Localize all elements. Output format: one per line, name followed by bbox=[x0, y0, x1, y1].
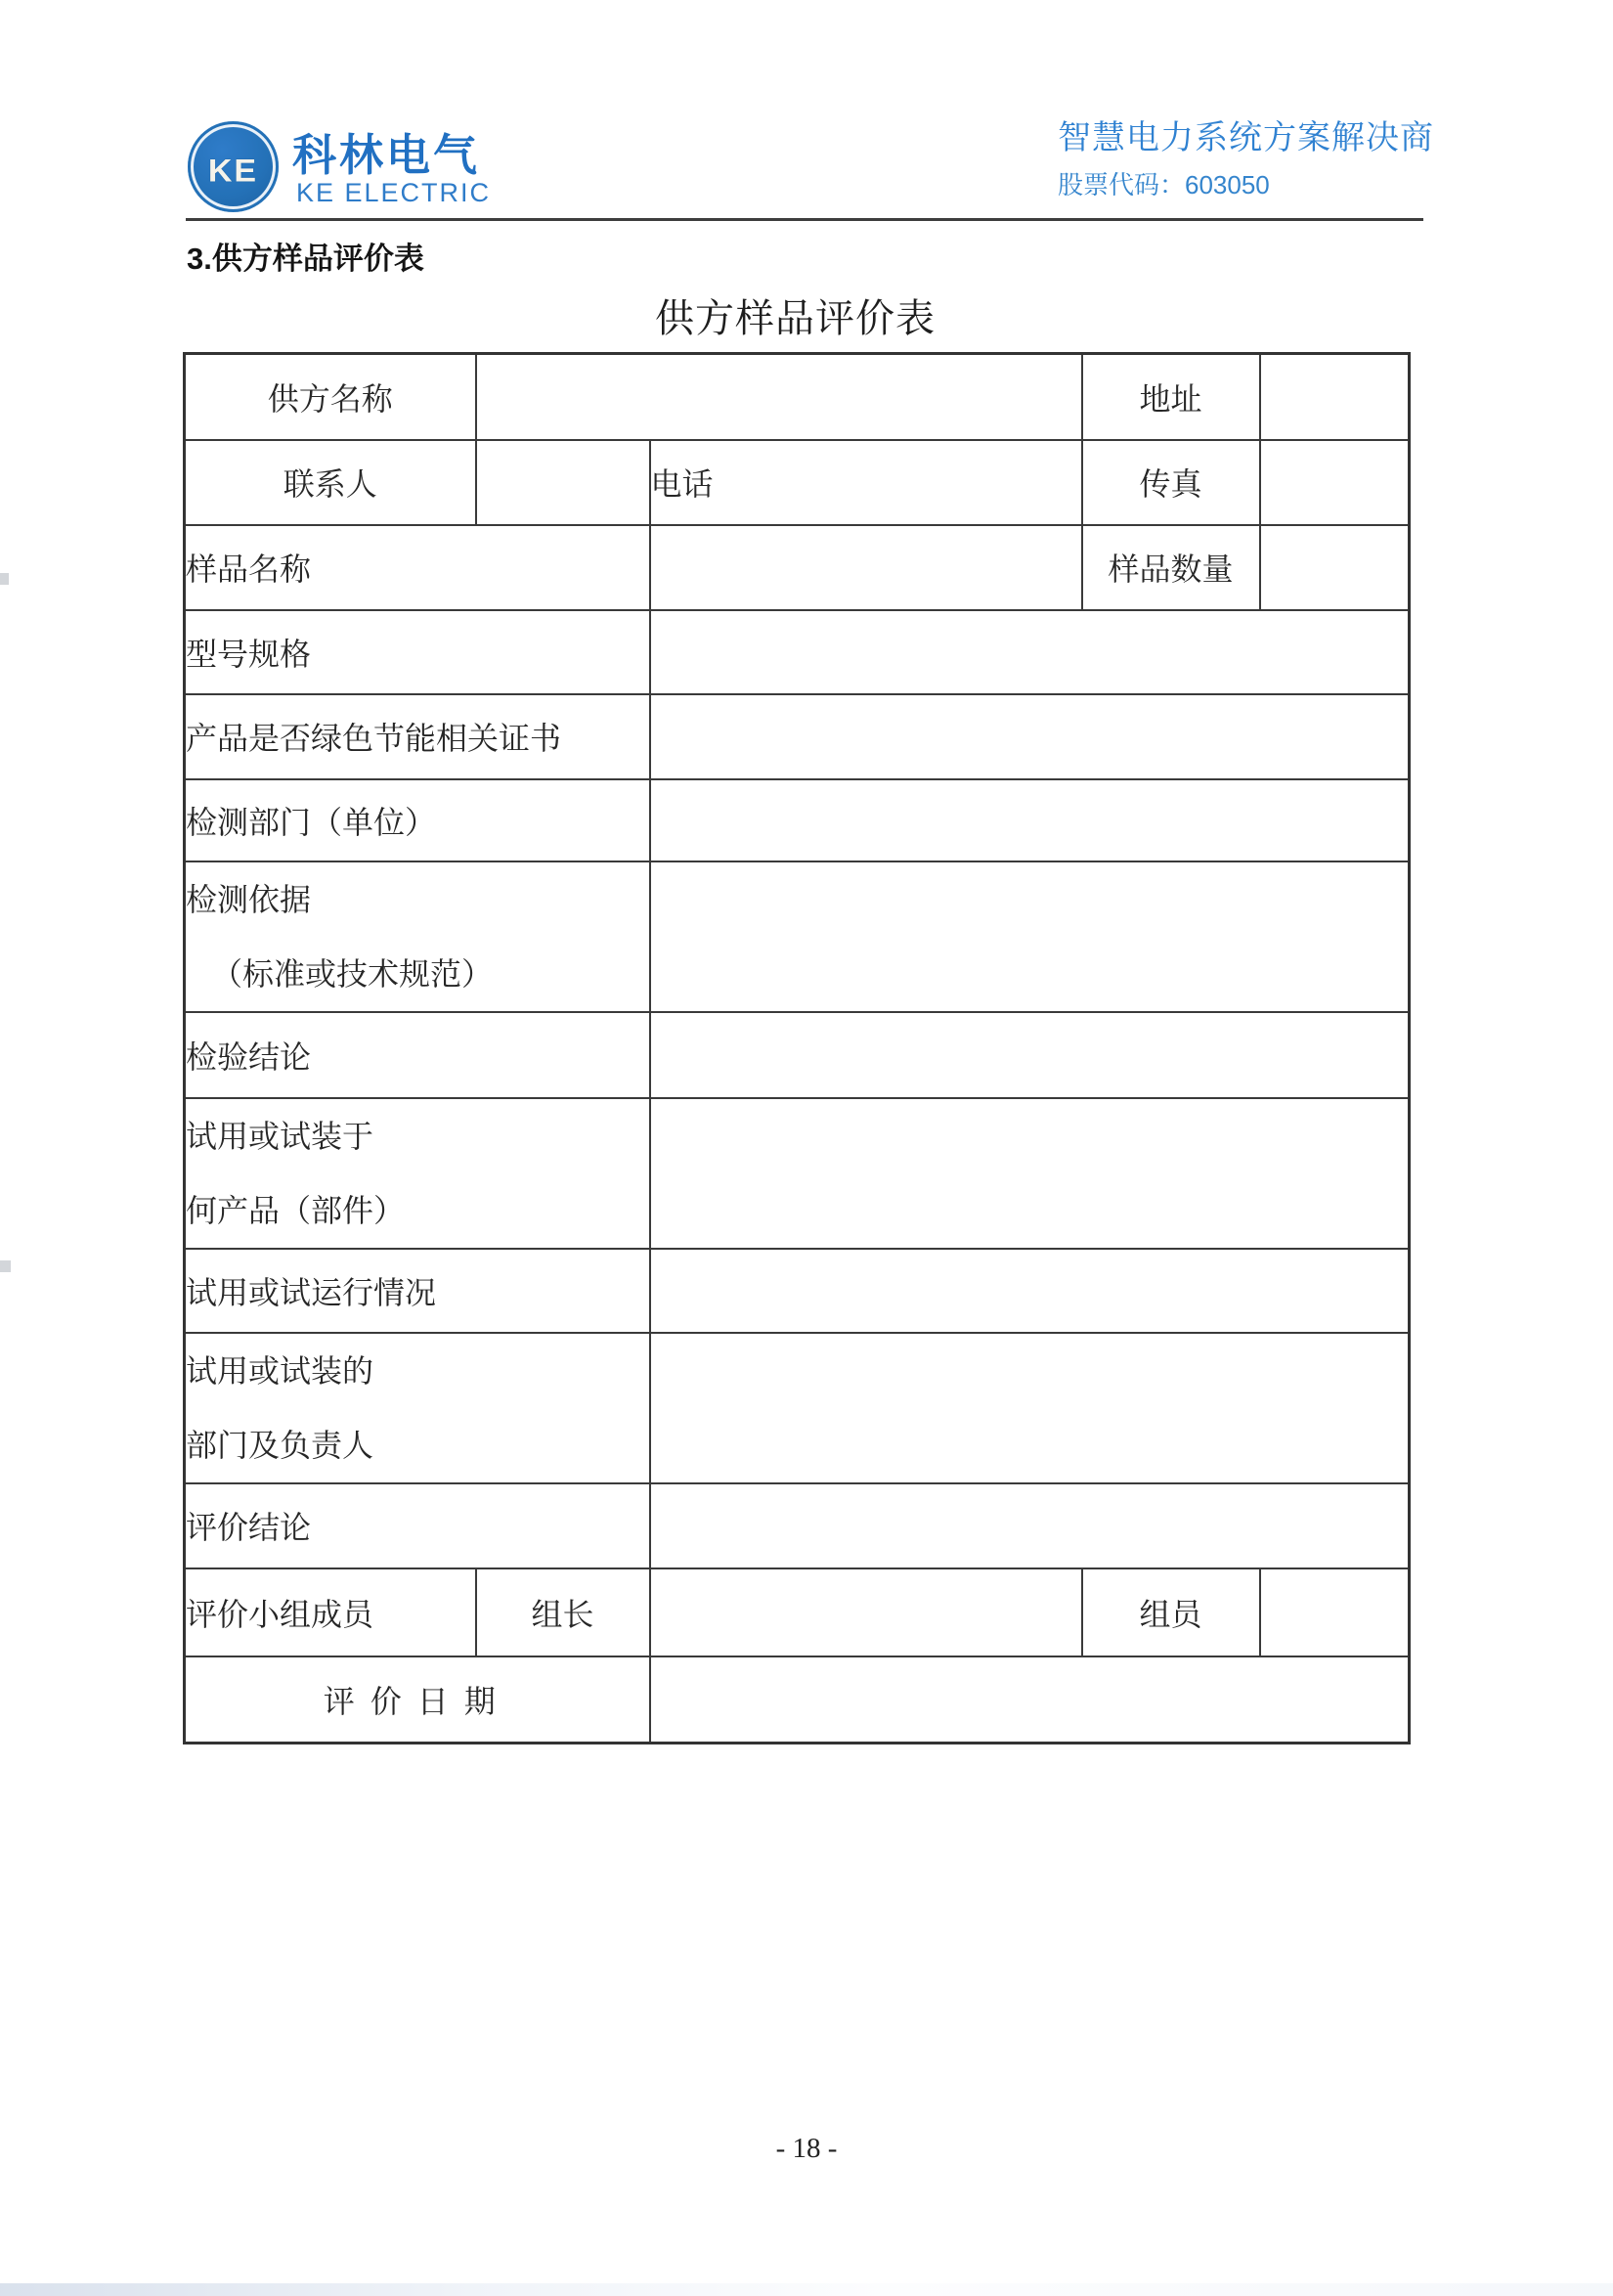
trial-dept-label-line2: 部门及负责人 bbox=[186, 1408, 649, 1482]
trial-operation-value-cell bbox=[650, 1249, 1410, 1333]
document-page: KE 科林电气 KE ELECTRIC 智慧电力系统方案解决商 股票代码：603… bbox=[0, 0, 1613, 2296]
model-spec-label: 型号规格 bbox=[186, 637, 311, 672]
table-title: 供方样品评价表 bbox=[183, 297, 1408, 340]
test-basis-label-cell: 检测依据 （标准或技术规范） bbox=[185, 861, 650, 1012]
phone-label-cell: 电话 bbox=[650, 440, 1082, 525]
header-divider bbox=[186, 218, 1423, 221]
supplier-name-label-cell: 供方名称 bbox=[185, 354, 476, 440]
scan-artifact bbox=[0, 1260, 11, 1272]
sample-qty-label: 样品数量 bbox=[1108, 552, 1233, 587]
supplier-name-value-cell bbox=[476, 354, 1082, 440]
fax-value-cell bbox=[1260, 440, 1410, 525]
trial-product-label-cell: 试用或试装于 何产品（部件） bbox=[185, 1098, 650, 1249]
table-row: 样品名称 样品数量 bbox=[185, 525, 1410, 610]
evaluation-date-label-cell: 评价日期 bbox=[185, 1656, 650, 1744]
evaluation-date-value-cell bbox=[650, 1656, 1410, 1744]
scan-artifact bbox=[0, 573, 9, 585]
test-basis-value-cell bbox=[650, 861, 1410, 1012]
trial-dept-label-cell: 试用或试装的 部门及负责人 bbox=[185, 1333, 650, 1483]
contact-value-cell bbox=[476, 440, 650, 525]
test-dept-label: 检测部门（单位） bbox=[186, 805, 436, 840]
company-name-cn: 科林电气 bbox=[292, 133, 480, 177]
sample-name-label-cell: 样品名称 bbox=[185, 525, 650, 610]
supplier-name-label: 供方名称 bbox=[268, 381, 393, 417]
test-basis-label-line1: 检测依据 bbox=[186, 862, 649, 937]
sample-name-label: 样品名称 bbox=[186, 552, 311, 587]
stock-code: 股票代码：603050 bbox=[1058, 170, 1270, 199]
company-name-en: KE ELECTRIC bbox=[296, 180, 491, 206]
evaluation-team-label: 评价小组成员 bbox=[186, 1597, 373, 1632]
table-row: 评价日期 bbox=[185, 1656, 1410, 1744]
table-row: 试用或试运行情况 bbox=[185, 1249, 1410, 1333]
table-row: 评价小组成员 组长 组员 bbox=[185, 1568, 1410, 1656]
logo-monogram: KE bbox=[208, 154, 258, 190]
inspection-conclusion-value-cell bbox=[650, 1012, 1410, 1098]
evaluation-conclusion-label-cell: 评价结论 bbox=[185, 1483, 650, 1568]
team-leader-value-cell bbox=[650, 1568, 1082, 1656]
trial-product-value-cell bbox=[650, 1098, 1410, 1249]
team-member-label-cell: 组员 bbox=[1082, 1568, 1260, 1656]
table-row: 产品是否绿色节能相关证书 bbox=[185, 694, 1410, 779]
table-row: 检测部门（单位） bbox=[185, 779, 1410, 861]
trial-product-label-line2: 何产品（部件） bbox=[186, 1173, 649, 1248]
table-row: 型号规格 bbox=[185, 610, 1410, 694]
team-member-label: 组员 bbox=[1139, 1597, 1201, 1632]
model-spec-value-cell bbox=[650, 610, 1410, 694]
phone-label: 电话 bbox=[651, 466, 714, 502]
green-cert-label: 产品是否绿色节能相关证书 bbox=[186, 721, 561, 756]
sample-qty-label-cell: 样品数量 bbox=[1082, 525, 1260, 610]
supplier-sample-evaluation-table: 供方名称 地址 联系人 电话 传真 样品名称 样品数量 型号规格 bbox=[183, 352, 1411, 1744]
team-leader-label-cell: 组长 bbox=[476, 1568, 650, 1656]
trial-operation-label: 试用或试运行情况 bbox=[186, 1275, 436, 1310]
contact-label-cell: 联系人 bbox=[185, 440, 476, 525]
test-dept-value-cell bbox=[650, 779, 1410, 861]
inspection-conclusion-label-cell: 检验结论 bbox=[185, 1012, 650, 1098]
table-row: 检验结论 bbox=[185, 1012, 1410, 1098]
address-label-cell: 地址 bbox=[1082, 354, 1260, 440]
scan-artifact-bottom-band bbox=[0, 2283, 1613, 2296]
test-dept-label-cell: 检测部门（单位） bbox=[185, 779, 650, 861]
address-value-cell bbox=[1260, 354, 1410, 440]
green-cert-label-cell: 产品是否绿色节能相关证书 bbox=[185, 694, 650, 779]
fax-label: 传真 bbox=[1139, 466, 1201, 502]
company-tagline: 智慧电力系统方案解决商 bbox=[1058, 119, 1434, 156]
table-row: 试用或试装于 何产品（部件） bbox=[185, 1098, 1410, 1249]
evaluation-date-label: 评价日期 bbox=[324, 1684, 511, 1719]
sample-qty-value-cell bbox=[1260, 525, 1410, 610]
green-cert-value-cell bbox=[650, 694, 1410, 779]
model-spec-label-cell: 型号规格 bbox=[185, 610, 650, 694]
trial-dept-label-line1: 试用或试装的 bbox=[186, 1334, 649, 1408]
fax-label-cell: 传真 bbox=[1082, 440, 1260, 525]
trial-product-label-line1: 试用或试装于 bbox=[186, 1099, 649, 1173]
trial-dept-value-cell bbox=[650, 1333, 1410, 1483]
team-member-value-cell bbox=[1260, 1568, 1410, 1656]
trial-operation-label-cell: 试用或试运行情况 bbox=[185, 1249, 650, 1333]
inspection-conclusion-label: 检验结论 bbox=[186, 1039, 311, 1075]
evaluation-team-label-cell: 评价小组成员 bbox=[185, 1568, 476, 1656]
evaluation-conclusion-label: 评价结论 bbox=[186, 1510, 311, 1545]
test-basis-label-line2: （标准或技术规范） bbox=[211, 937, 649, 1011]
table-row: 试用或试装的 部门及负责人 bbox=[185, 1333, 1410, 1483]
table-row: 联系人 电话 传真 bbox=[185, 440, 1410, 525]
section-heading: 3.供方样品评价表 bbox=[187, 242, 424, 277]
table-row: 供方名称 地址 bbox=[185, 354, 1410, 440]
address-label: 地址 bbox=[1139, 381, 1201, 417]
ke-electric-logo-icon: KE bbox=[188, 121, 279, 212]
page-number: - 18 - bbox=[0, 2133, 1613, 2165]
evaluation-conclusion-value-cell bbox=[650, 1483, 1410, 1568]
table-row: 检测依据 （标准或技术规范） bbox=[185, 861, 1410, 1012]
contact-label: 联系人 bbox=[283, 466, 377, 502]
table-row: 评价结论 bbox=[185, 1483, 1410, 1568]
sample-name-value-cell bbox=[650, 525, 1082, 610]
team-leader-label: 组长 bbox=[531, 1597, 593, 1632]
